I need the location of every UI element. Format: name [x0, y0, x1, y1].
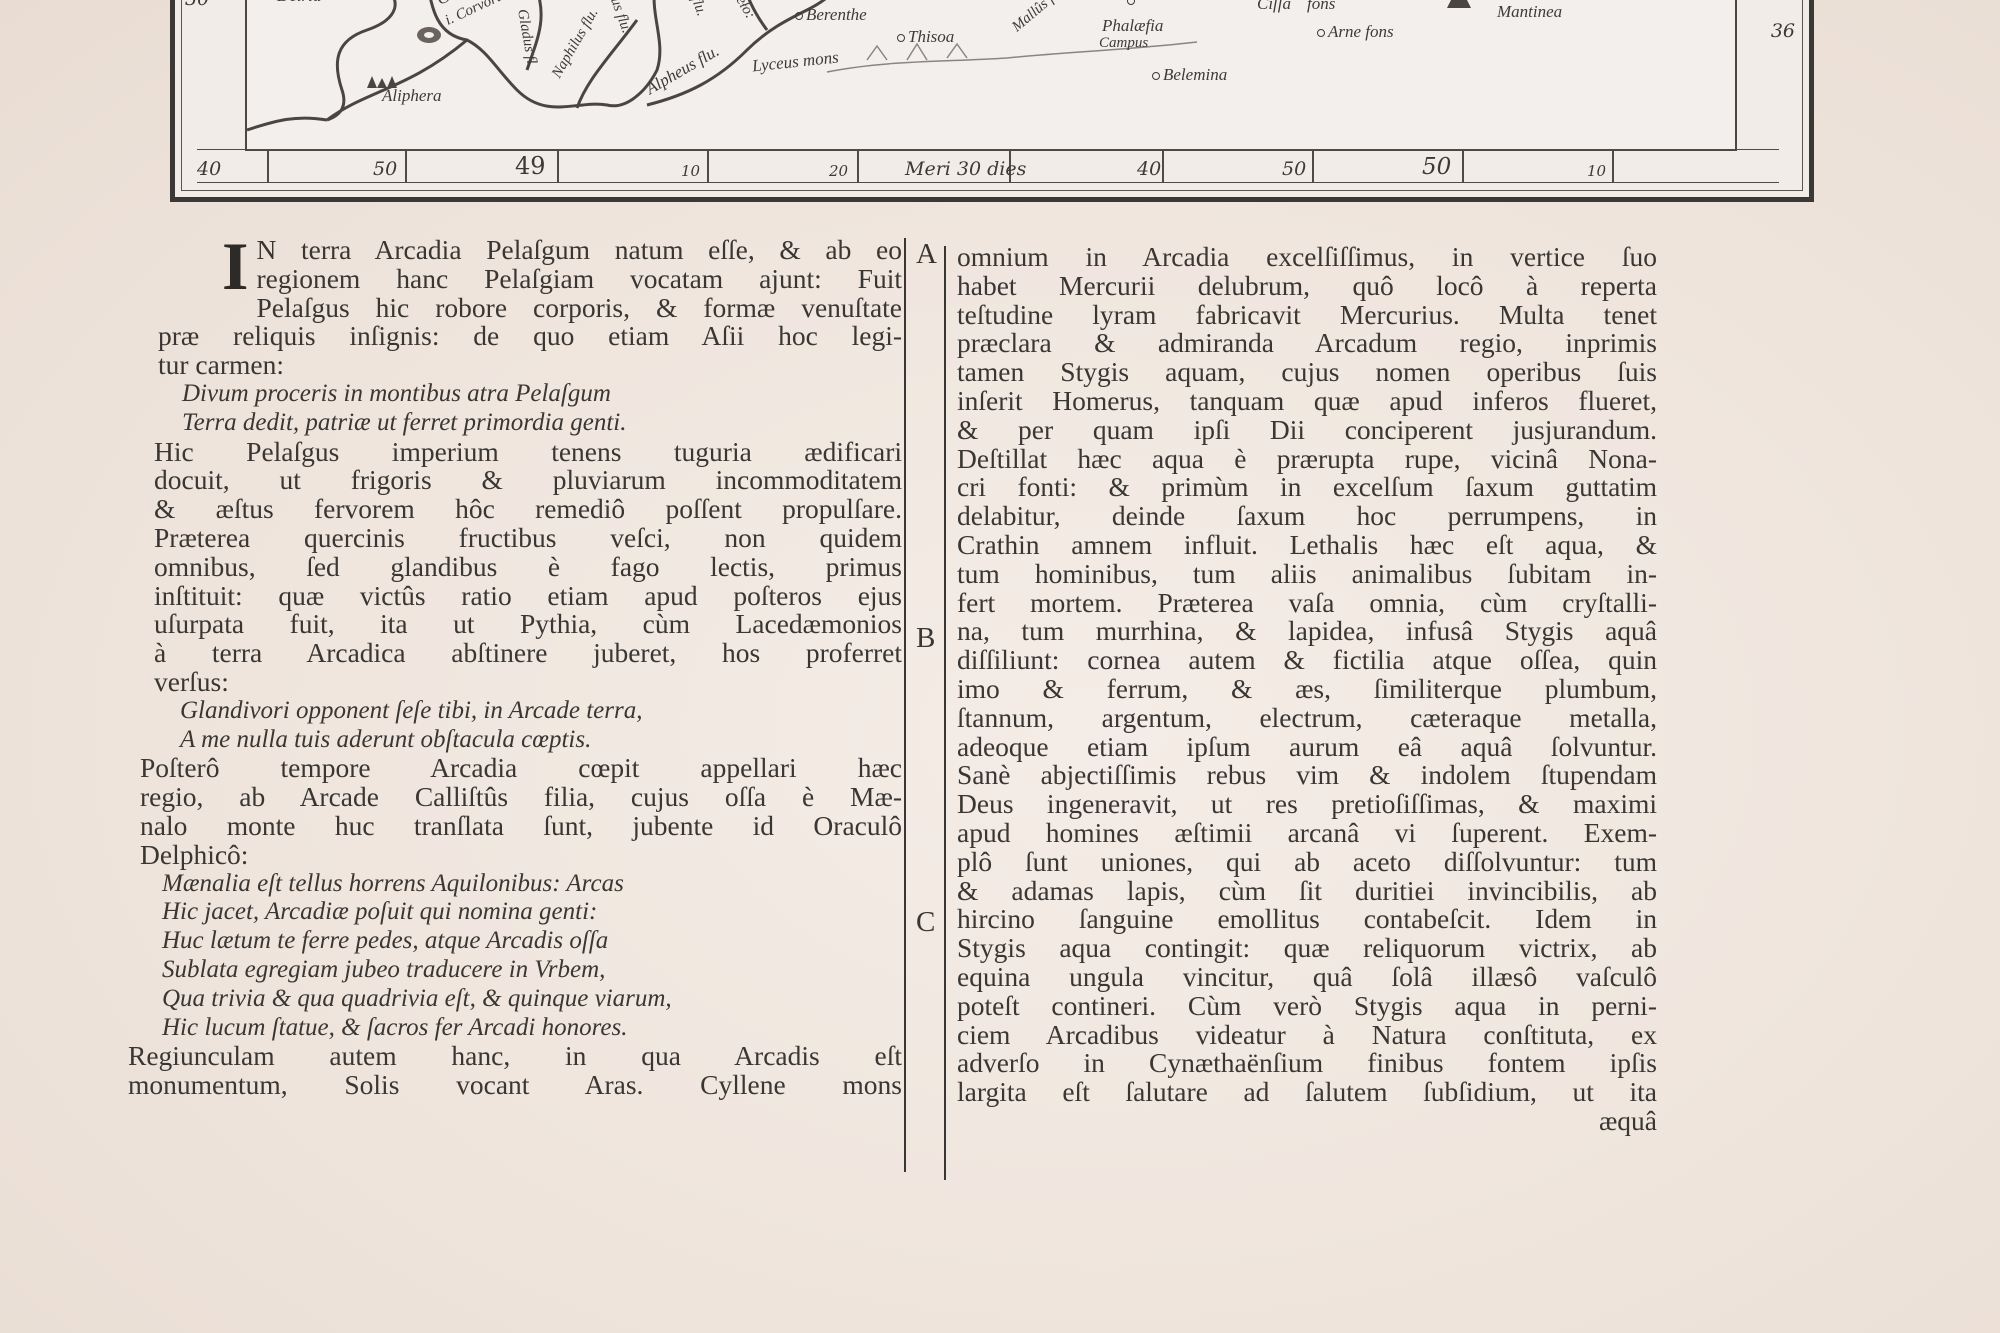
text-line: Regiunculam autem hanc, in qua Arcadis e… — [128, 1042, 902, 1071]
place-campus: Campus — [1099, 35, 1148, 52]
scale-label: 50 — [373, 158, 397, 180]
column-rule-left — [904, 238, 906, 1172]
scale-tick — [1462, 150, 1464, 182]
text-line: & adamas lapis, cùm ſit duritiei invinci… — [957, 877, 1657, 906]
verse-line: Qua trivia & qua quadrivia eſt, & quinqu… — [162, 985, 902, 1014]
place-thisoa: Thisoa — [897, 27, 954, 47]
scale-tick — [857, 150, 859, 182]
verse-line: Mænalia eſt tellus horrens Aquilonibus: … — [162, 870, 902, 899]
text-line: præclara & admiranda Arcadum regio, inpr… — [957, 329, 1657, 358]
text-line: verſus: — [154, 668, 902, 697]
text-line: na, tum murrhina, & lapidea, infusâ Styg… — [957, 617, 1657, 646]
scale-tick — [267, 150, 269, 182]
scale-label: 49 — [515, 152, 546, 180]
verse-line: Hic lucum ſtatue, & ſacros fer Arcadi ho… — [162, 1014, 902, 1043]
verse-line: Glandivori opponent ſeſe tibi, in Arcade… — [180, 697, 902, 726]
text-line: delabitur, deinde ſaxum hoc perrumpens, … — [957, 502, 1657, 531]
drop-cap: I — [222, 238, 248, 294]
latitude-label-left: 30 — [185, 0, 209, 10]
scale-label: 10 — [681, 162, 700, 180]
text-line: & æſtus fervorem hôc remediô poſſent pro… — [154, 495, 902, 524]
text-line: Poſterô tempore Arcadia cœpit appellari … — [140, 754, 902, 783]
text-line: omnibus, ſed glandibus è fago lectis, pr… — [154, 553, 902, 582]
text-line: habet Mercurii delubrum, quô locô à repe… — [957, 272, 1657, 301]
right-text-column: omnium in Arcadia excelſiſſimus, in vert… — [957, 243, 1657, 1136]
scale-label: 50 — [1282, 158, 1306, 180]
margin-letter-a: A — [916, 238, 937, 271]
place-phalasia: Phalæfia — [1102, 16, 1163, 36]
verse-line: Sublata egregiam jubeo traducere in Vrbe… — [162, 956, 902, 985]
place-belemina: Belemina — [1152, 65, 1227, 85]
text-line: Pelaſgus hic robore corporis, & formæ ve… — [158, 294, 902, 323]
rivers-drawing — [247, 0, 1747, 156]
text-line: ſtannum, argentum, electrum, cæteraque m… — [957, 704, 1657, 733]
text-line: diſſiliunt: cornea autem & fictilia atqu… — [957, 646, 1657, 675]
margin-letter-b: B — [916, 622, 935, 655]
scale-label: 20 — [829, 162, 848, 180]
scale-label-meridies: Meri 30 dies — [905, 158, 1026, 180]
text-line: poteſt contineri. Cùm verò Stygis aqua i… — [957, 992, 1657, 1021]
place-cissa: Ciſſa — [1257, 0, 1291, 14]
scale-tick — [405, 150, 407, 182]
text-line: Stygis aqua contingit: quæ reliquorum vi… — [957, 934, 1657, 963]
text-line: teſtudine lyram fabricavit Mercurius. Mu… — [957, 301, 1657, 330]
text-line: hircino ſanguine emollitus contabeſcit. … — [957, 905, 1657, 934]
map-area: 30 Deiria Coracon i. Corvorum ug Gladus … — [245, 0, 1737, 151]
place-deiria: Deiria — [277, 0, 321, 6]
column-rule-right — [944, 246, 946, 1180]
text-line: Crathin amnem influit. Lethalis hæc eſt … — [957, 531, 1657, 560]
scale-label: 50 — [1422, 154, 1451, 180]
scale-tick — [1612, 150, 1614, 182]
text-line: & per quam ipſi Dii conciperent jusjuran… — [957, 416, 1657, 445]
map-engraving: 30 Deiria Coracon i. Corvorum ug Gladus … — [170, 0, 1814, 202]
verse-line: Divum proceris in montibus atra Pelaſgum — [182, 380, 902, 409]
text-line: monumentum, Solis vocant Aras. Cyllene m… — [128, 1071, 902, 1100]
text-line: tamen Stygis aquam, cujus nomen operibus… — [957, 358, 1657, 387]
text-line: nalo monte huc tranſlata ſunt, jubente i… — [140, 812, 902, 841]
text-line: Præterea quercinis fructibus veſci, non … — [154, 524, 902, 553]
text-line: cri fonti: & primùm in excelſum ſaxum gu… — [957, 473, 1657, 502]
scale-label: 10 — [1587, 162, 1606, 180]
text-line: omnium in Arcadia excelſiſſimus, in vert… — [957, 243, 1657, 272]
latitude-label-right: 36 — [1771, 20, 1795, 42]
text-line: adverſo in Cynæthaënſium finibus fontem … — [957, 1049, 1657, 1078]
verse-line: Terra dedit, patriæ ut ferret primordia … — [182, 409, 902, 438]
text-line: inſerit Homerus, tanquam quæ apud infero… — [957, 387, 1657, 416]
alcimedon-marker — [1127, 0, 1138, 10]
text-line: tur carmen: — [158, 351, 902, 380]
text-line: Deſtillat hæc aqua è prærupta rupe, vici… — [957, 445, 1657, 474]
text-line: præ reliquis inſignis: de quo etiam Aſii… — [158, 322, 902, 351]
place-arne-fons: Arne fons — [1317, 22, 1394, 42]
text-line: inſtituit: quæ victûs ratio etiam apud p… — [154, 582, 902, 611]
text-line: apud homines æſtimii arcanâ vi ſuperent.… — [957, 819, 1657, 848]
text-line: equina ungula vincitur, quâ ſolâ illæsô … — [957, 963, 1657, 992]
text-line: Hic Pelaſgus imperium tenens tuguria ædi… — [154, 438, 902, 467]
text-line: Sanè abjectiſſimis rebus vim & indolem ſ… — [957, 761, 1657, 790]
margin-letter-c: C — [916, 906, 935, 939]
text-line: plô ſunt uniones, qui ab aceto diſſolvun… — [957, 848, 1657, 877]
scale-label: 40 — [1137, 158, 1161, 180]
text-line: Deus ingeneravit, ut res pretioſiſſimas,… — [957, 790, 1657, 819]
text-line: tum hominibus, tum aliis animalibus ſubi… — [957, 560, 1657, 589]
place-aliphera: Aliphera — [382, 86, 442, 106]
scale-tick — [1162, 150, 1164, 182]
scale-tick — [557, 150, 559, 182]
verse-line: Hic jacet, Arcadiæ poſuit qui nomina gen… — [162, 898, 902, 927]
verse-line: Huc lætum te ferre pedes, atque Arcadis … — [162, 927, 902, 956]
catchword: æquâ — [957, 1107, 1657, 1136]
place-berenthe: Berenthe — [795, 5, 867, 25]
text-line: imo & ferrum, & æs, ſimiliterque plumbum… — [957, 675, 1657, 704]
longitude-scale: 40 50 49 10 20 Meri 30 dies 40 50 50 10 — [197, 149, 1779, 183]
scale-label: 40 — [197, 158, 221, 180]
left-text-column: I N terra Arcadia Pelaſgum natum eſſe, &… — [222, 236, 902, 1100]
text-line: fert mortem. Præterea vaſa omnia, cùm cr… — [957, 589, 1657, 618]
scale-tick — [707, 150, 709, 182]
text-line: largita eſt ſalutare ad ſalutem ſubſidiu… — [957, 1078, 1657, 1107]
text-line: docuit, ut frigoris & pluviarum incommod… — [154, 466, 902, 495]
text-line: adeoque etiam ipſum aurum eâ aquâ ſolvun… — [957, 733, 1657, 762]
text-line: N terra Arcadia Pelaſgum natum eſſe, & a… — [222, 236, 902, 265]
text-line: Delphicô: — [140, 841, 902, 870]
text-line: regio, ab Arcade Calliſtûs filia, cujus … — [140, 783, 902, 812]
place-mantinea: Mantinea — [1497, 2, 1562, 22]
text-line: ciem Arcadibus videatur à Natura conſtit… — [957, 1021, 1657, 1050]
scale-tick — [1312, 150, 1314, 182]
text-line: regionem hanc Pelaſgiam vocatam ajunt: F… — [222, 265, 902, 294]
text-line: à terra Arcadica abſtinere juberet, hos … — [154, 639, 902, 668]
text-line: uſurpata fuit, ita ut Pythia, cùm Lacedæ… — [154, 610, 902, 639]
verse-line: A me nulla tuis aderunt obſtacula cœptis… — [180, 726, 902, 755]
place-cissa-fons: fons — [1307, 0, 1335, 14]
